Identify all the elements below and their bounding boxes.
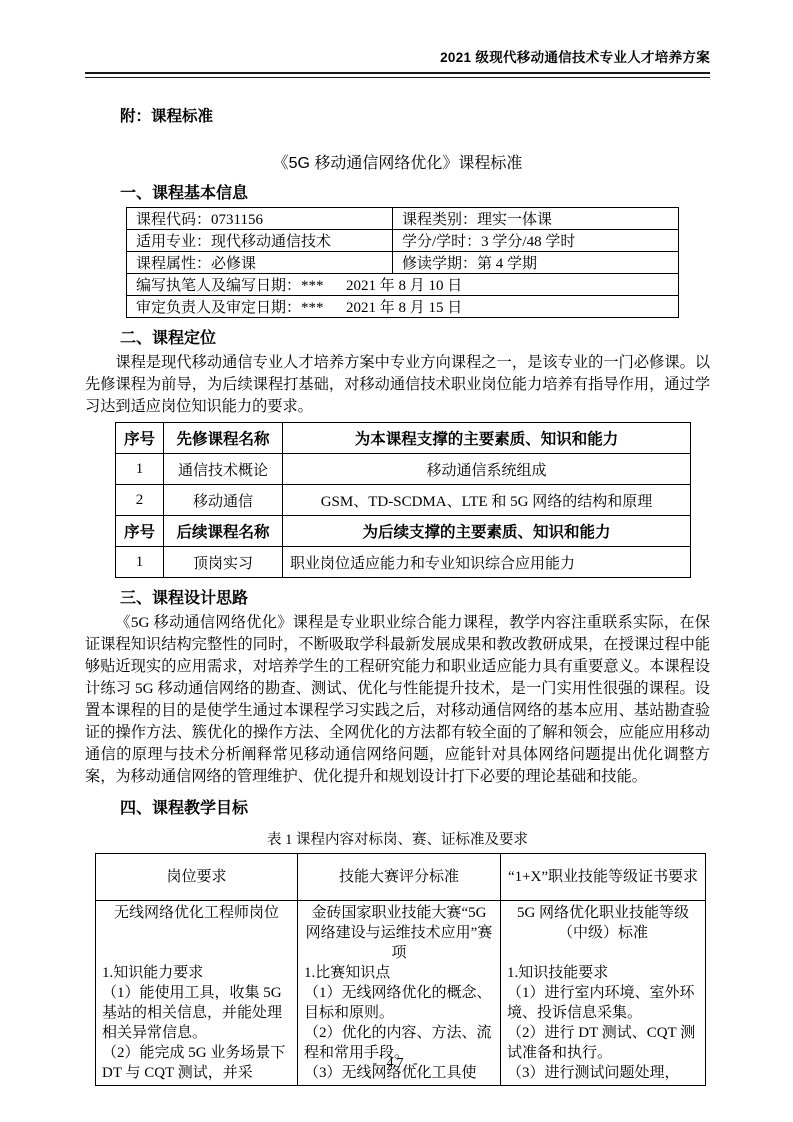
table-cell: 顶岗实习	[164, 547, 283, 578]
table-cell-credits: 学分/学时：3 学分/48 学时	[393, 230, 679, 252]
competition-title: 金砖国家职业技能大赛“5G 网络建设与运维技术应用”赛项	[304, 903, 494, 963]
page-number: - 47 -	[0, 1056, 793, 1072]
table-cell-attribute: 课程属性：必修课	[127, 252, 393, 274]
list-item: （1）进行室内环境、室外环境、投诉信息采集。	[507, 983, 699, 1023]
header-cell-seq: 序号	[116, 423, 164, 454]
table-cell-major: 适用专业：现代移动通信技术	[127, 230, 393, 252]
table-row: 课程代码：0731156 课程类别：理实一体课	[127, 208, 679, 230]
table-cell: 1	[116, 454, 164, 485]
table-cell: 1	[116, 547, 164, 578]
list-item: 1.比赛知识点	[304, 963, 494, 983]
table-cell-course-code: 课程代码：0731156	[127, 208, 393, 230]
section-heading-positioning: 二、课程定位	[120, 325, 710, 348]
header-cell-followup-name: 后续课程名称	[164, 516, 283, 547]
positioning-paragraph: 课程是现代移动通信专业人才培养方案中专业方向课程之一，是该专业的一门必修课。以先…	[85, 352, 710, 418]
table-cell: 移动通信系统组成	[283, 454, 691, 485]
table-row: 1 通信技术概论 移动通信系统组成	[116, 454, 691, 485]
section-heading-design: 三、课程设计思路	[120, 585, 710, 608]
basic-info-table: 课程代码：0731156 课程类别：理实一体课 适用专业：现代移动通信技术 学分…	[126, 207, 679, 318]
table-cell: 移动通信	[164, 485, 283, 516]
table-cell-semester: 修读学期：第 4 学期	[393, 252, 679, 274]
table-row: 编写执笔人及编写日期：*** 2021 年 8 月 10 日	[127, 274, 679, 296]
table-row: 序号 后续课程名称 为后续支撑的主要素质、知识和能力	[116, 516, 691, 547]
header-cell-prereq-support: 为本课程支撑的主要素质、知识和能力	[283, 423, 691, 454]
list-item: 1.知识技能要求	[507, 963, 699, 983]
table-cell: 通信技术概论	[164, 454, 283, 485]
section-heading-basic-info: 一、课程基本信息	[120, 180, 710, 203]
list-item: 1.知识能力要求	[102, 963, 291, 983]
table-cell: 2	[116, 485, 164, 516]
course-links-table: 序号 先修课程名称 为本课程支撑的主要素质、知识和能力 1 通信技术概论 移动通…	[115, 422, 691, 578]
table-row: 序号 先修课程名称 为本课程支撑的主要素质、知识和能力	[116, 423, 691, 454]
certificate-title: 5G 网络优化职业技能等级（中级）标准	[507, 903, 699, 963]
list-item: （1）无线网络优化的概念、目标和原则。	[304, 983, 494, 1023]
table-cell: GSM、TD-SCDMA、LTE 和 5G 网络的结构和原理	[283, 485, 691, 516]
table-row: 岗位要求 技能大赛评分标准 “1+X”职业技能等级证书要求	[96, 854, 706, 901]
table-cell-reviewer-date: 审定负责人及审定日期：*** 2021 年 8 月 15 日	[127, 296, 679, 318]
table-row: 审定负责人及审定日期：*** 2021 年 8 月 15 日	[127, 296, 679, 318]
table-row: 1 顶岗实习 职业岗位适应能力和专业知识综合应用能力	[116, 547, 691, 578]
table-cell-author-date: 编写执笔人及编写日期：*** 2021 年 8 月 10 日	[127, 274, 679, 296]
section-heading-objectives: 四、课程教学目标	[120, 795, 710, 818]
table-cell-course-type: 课程类别：理实一体课	[393, 208, 679, 230]
header-cell-competition: 技能大赛评分标准	[298, 854, 501, 901]
table1-caption: 表 1 课程内容对标岗、赛、证标准及要求	[85, 828, 710, 849]
list-item: （1）能使用工具，收集 5G 基站的相关信息，并能处理相关异常信息。	[102, 983, 291, 1043]
table-row: 2 移动通信 GSM、TD-SCDMA、LTE 和 5G 网络的结构和原理	[116, 485, 691, 516]
page-header-title: 2021 级现代移动通信技术专业人才培养方案	[85, 0, 710, 66]
table-row: 课程属性：必修课 修读学期：第 4 学期	[127, 252, 679, 274]
doc-title: 《5G 移动通信网络优化》课程标准	[85, 150, 710, 173]
header-cell-job-req: 岗位要求	[96, 854, 298, 901]
standards-table: 岗位要求 技能大赛评分标准 “1+X”职业技能等级证书要求 无线网络优化工程师岗…	[95, 853, 706, 1086]
header-cell-seq2: 序号	[116, 516, 164, 547]
header-cell-prereq-name: 先修课程名称	[164, 423, 283, 454]
table-cell: 职业岗位适应能力和专业知识综合应用能力	[283, 547, 691, 578]
design-paragraph: 《5G 移动通信网络优化》课程是专业职业综合能力课程，教学内容注重联系实际，在保…	[85, 612, 710, 788]
header-cell-certificate: “1+X”职业技能等级证书要求	[501, 854, 706, 901]
job-title: 无线网络优化工程师岗位	[102, 903, 291, 963]
table-row: 适用专业：现代移动通信技术 学分/学时：3 学分/48 学时	[127, 230, 679, 252]
header-cell-followup-support: 为后续支撑的主要素质、知识和能力	[283, 516, 691, 547]
header-rule	[85, 72, 710, 78]
attachment-label: 附：课程标准	[120, 104, 710, 126]
document-page: 2021 级现代移动通信技术专业人才培养方案 附：课程标准 《5G 移动通信网络…	[0, 0, 793, 1122]
